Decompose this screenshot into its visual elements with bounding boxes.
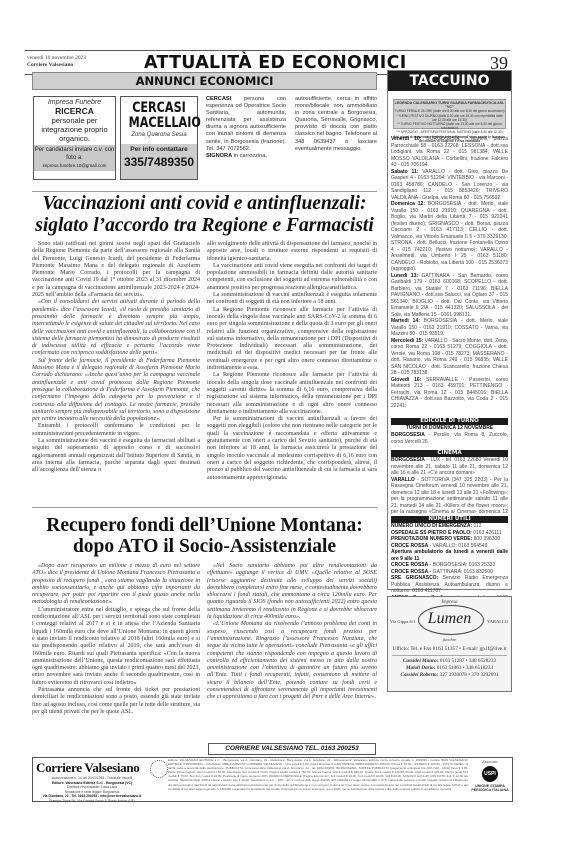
- ad-type: funebre: [388, 637, 511, 642]
- colophon-line: Stampa: Tipse Srl, Via Cantoni Santo 5, …: [36, 799, 148, 804]
- ad-email-link[interactable]: impresa.funebre.10@gmail.com: [34, 162, 115, 170]
- turn-entry: Domenica 12: BORGOSESIA - dott. Merlo, v…: [391, 201, 508, 273]
- article1-headline: Vaccinazioni anti covid e antinfluenzali…: [32, 193, 377, 237]
- turn-entry: Venerdì 10: BORGOSESIA - Martelli, piazz…: [391, 136, 508, 169]
- town: BORGOSESIA: [391, 432, 425, 438]
- quote: Sul fronte delle farmacie, il presidente…: [32, 358, 200, 422]
- section-header: NUMERI UTILI: [391, 516, 508, 523]
- ad-text: persona con esperienza od Operatrice Soc…: [206, 96, 286, 152]
- ad-zone: Zona Quarona Sesia: [121, 132, 197, 138]
- cinema-text: - SOTTORIVA (347 325 2203) - Per la Rass…: [391, 477, 508, 522]
- person-phones: 327 3930078 • 370 3292691: [438, 672, 498, 678]
- ad-headline: RICERCA: [34, 106, 115, 116]
- headline-line: Recupero fondi dell’Unione Montana:: [32, 515, 377, 536]
- headline-line: Vaccinazioni anti covid e antinfluenzali…: [32, 193, 377, 215]
- legal-text: Editore: VALSESIANO EDITRICE s.r.l. - Bo…: [168, 758, 468, 791]
- masthead-block: Corriere Valsesiano Autorizzazione n. 14…: [36, 760, 148, 803]
- numero-value: - VARALLO: 0163 564549: [428, 543, 487, 549]
- numero-label: NUMERO UNICO DI EMERGENZA:: [391, 523, 472, 529]
- ad-lead: CERCASI: [206, 96, 231, 102]
- paragraph: Entrambi i protocolli confermano le cond…: [32, 423, 200, 438]
- turn-day: Domenica 12:: [391, 201, 425, 207]
- ad-lumen-funebre: Impresa Lumen Via Gippa 6/1 VARALLO fune…: [387, 596, 512, 692]
- numero-label: CROCE ROSSA: [391, 562, 428, 568]
- ad-text: autosufficiente, cerca in affitto mono/b…: [295, 96, 377, 152]
- turn-day: Venerdì 10:: [391, 136, 421, 142]
- quote: «L’Unione Montana sta risolvendo l’annos…: [207, 621, 377, 700]
- cinema-entry: BORGOSESIA - LUX - tel. 0163 22680 Vener…: [391, 457, 508, 477]
- numero-value: 800 396300: [472, 536, 500, 542]
- paragraph: «Dopo aver recuperato un milione e mezzo…: [32, 563, 200, 607]
- contact-person: Maioli Dario: 0163 51063 • 348 6518233: [388, 665, 511, 672]
- association-label: Associato: [470, 760, 510, 764]
- colophon-text: Editore: Valsesiano Editrice S.r.l. - Bo…: [52, 781, 132, 785]
- numero-label: CROCE ROSSA: [391, 569, 428, 575]
- article1-column1: Sono stati ratificati nei giorni scorsi …: [32, 241, 200, 475]
- colophon-text: Via Giordano, 22 - Tel. 0163.200253 - in…: [43, 794, 142, 798]
- ad-kicker: Impresa Funebre: [34, 99, 115, 106]
- legend-line: * TURNO FESTIVO DIURNO (dalle 8,30 alle …: [394, 114, 505, 122]
- legend-line: TURNO FERIALE 24 ORE (dalle ore 8,30 all…: [394, 109, 505, 113]
- numero-label: PRENOTAZIONI NUMERO VERDE:: [391, 536, 472, 542]
- ad-text: in carrozzina,: [232, 153, 267, 159]
- turn-entry: Giovedì 16: SERRAVALLE - Passerini, cors…: [391, 377, 508, 410]
- numero-label: Apertura ambulatorio da lunedì a venerdì…: [391, 549, 508, 562]
- ad-oss: CERCASI persona con esperienza od Operat…: [206, 96, 286, 160]
- cinema-section: CINEMA BORGOSESIA - LUX - tel. 0163 2268…: [391, 450, 508, 522]
- turn-day: Mercoledì 15:: [391, 338, 423, 344]
- edicole-entry: BORGOSESIA - Perolio, via Roma 8, Zuccol…: [391, 432, 508, 445]
- paragraph: La Regione Piemonte riconosce alle farma…: [207, 307, 377, 373]
- turn-day: Sabato 11:: [391, 169, 418, 175]
- quote: «Con il consolidarsi dei servizi attivat…: [32, 299, 200, 356]
- turn-text: VARALLO - Sacro Monte, dott. Zeno, corso…: [391, 338, 508, 377]
- edicole-subtitle: TURNI DI DOMENICA 12 NOVEMBRE: [391, 425, 508, 432]
- ad-cercasi-macellaio: CERCASI MACELLAIO Zona Quarona Sesia Per…: [120, 96, 198, 180]
- headline-line: siglato l’accordo tra Regione e Farmacis…: [32, 215, 377, 237]
- ad-contact: Per candidarsi inviare c.v. con foto a: …: [34, 145, 115, 171]
- uspi-block: Associato USPI UNIONE STAMPA PERIODICA I…: [470, 760, 510, 793]
- ad-line2: MACELLAIO: [129, 116, 190, 131]
- paragraph: La Regione Piemonte riconosce alle farma…: [207, 372, 377, 416]
- issue-date: venerdì 10 novembre 2023: [27, 55, 86, 62]
- turn-entry: Lunedì 13: GATTINARA - San Bernardo, cor…: [391, 273, 508, 319]
- turn-text: GATTINARA - San Bernardo, corso Garibald…: [391, 273, 508, 318]
- divider: [32, 507, 377, 508]
- paragraph: «L’Unione Montana sta risolvendo l’annos…: [207, 621, 377, 701]
- edicole-section: EDICOLE DI TURNO TURNI DI DOMENICA 12 NO…: [391, 418, 508, 445]
- paragraph: Sono stati ratificati nei giorni scorsi …: [32, 241, 200, 299]
- section-header: EDICOLE DI TURNO: [391, 418, 508, 425]
- masthead-logo: Corriere Valsesiano: [36, 760, 148, 776]
- numero-value: 0163 426111: [472, 530, 502, 536]
- taccuino-header: TACCUINO: [388, 71, 511, 91]
- turn-entry: Mercoledì 15: VARALLO - Sacro Monte, dot…: [391, 338, 508, 377]
- pharmacy-legend: LEGENDA CALENDARIO TURNI GUARDIA FARMACE…: [393, 99, 506, 129]
- contact-person: Cassidei Roberto: 327 3930078 • 370 3292…: [388, 672, 511, 679]
- turn-entry: Sabato 11: VARALLO - dott. Gino, piazza …: [391, 169, 508, 202]
- turn-text: BORGOSESIA - dott. Merlo, viale Varallo …: [391, 201, 508, 272]
- paragraph: La somministrazione dei vaccini è esegui…: [32, 438, 200, 474]
- ad-people: Cassidei Mauro: 0163 51287 • 348 6528233…: [388, 658, 511, 679]
- paragraph: allo svolgimento delle attività di dispe…: [207, 241, 377, 263]
- ad-contact: Per info contattare 335/7489350: [121, 144, 197, 179]
- ad-impresa-funebre: Impresa Funebre RICERCA personale per in…: [33, 96, 116, 180]
- paragraph: L’amministratore entra nel dettaglio, e …: [32, 607, 200, 687]
- ad-city: VARALLO: [487, 619, 508, 624]
- headline-line: dopo ATO il Socio-Assistenziale: [32, 536, 377, 557]
- paragraph: Per le somministrazioni di vaccini antin…: [207, 416, 377, 482]
- section-header: CINEMA: [391, 450, 508, 457]
- article1-column2: allo svolgimento delle attività di dispe…: [207, 241, 377, 482]
- ad-phone[interactable]: 335/7489350: [121, 155, 197, 169]
- colophon-line: Via Giordano, 22 - Tel. 0163.200253 - in…: [36, 794, 148, 799]
- ad-lead: SIGNORA: [206, 153, 232, 159]
- turn-day: Martedì 14:: [391, 318, 420, 324]
- paragraph: «Con il consolidarsi dei servizi attivat…: [32, 299, 200, 357]
- contact-person: Cassidei Mauro: 0163 51287 • 348 6528233: [388, 658, 511, 665]
- turn-day: Giovedì 16:: [391, 377, 421, 383]
- article2-column1: «Dopo aver recuperato un milione e mezzo…: [32, 563, 200, 716]
- numero-label: CROCE ROSSA: [391, 543, 428, 549]
- ad-signora: autosufficiente, cerca in affitto mono/b…: [295, 96, 377, 153]
- turn-entry: Martedì 14: BORGOSESIA - dott. Merlo, vi…: [391, 318, 508, 338]
- ad-office-contact: Ufficio: Tel. e Fax 0163 51357 • E-mail:…: [392, 646, 507, 656]
- numero-value: 112: [472, 523, 481, 529]
- numero-value: - GATTINARA: 0163 832600: [428, 569, 493, 575]
- newspaper-phone-box: CORRIERE VALSESIANO TEL. 0163 200253: [208, 743, 376, 755]
- paragraph: «Nel Socio sanitario abbiamo poi altre r…: [207, 563, 377, 621]
- article2-column2: «Nel Socio sanitario abbiamo poi altre r…: [207, 563, 377, 702]
- paragraph: La somministrazione di vaccini antinflue…: [207, 292, 377, 307]
- article2-headline: Recupero fondi dell’Unione Montana: dopo…: [32, 515, 377, 557]
- ad-line1: CERCASI: [129, 101, 190, 116]
- town: VARALLO: [391, 477, 415, 483]
- legend-line: ** TURNO FESTIVO NOTTURNO (dalle ore 19,…: [394, 122, 505, 130]
- person-name: Cassidei Roberto:: [400, 672, 438, 678]
- town: BORGOSESIA: [391, 457, 425, 463]
- numero-entry: SRE GRIGNASCO: Servizio Radio Emergenza …: [391, 575, 508, 595]
- person-name: Cassidei Mauro:: [403, 658, 439, 664]
- ad-info: Per info contattare: [121, 146, 197, 154]
- ad-body: personale per integrazione proprio organ…: [34, 116, 115, 143]
- paragraph: Pietrasanta annuncia che sul fronte dei …: [32, 687, 200, 716]
- annunci-header: ANNUNCI ECONOMICI: [32, 72, 377, 90]
- quote: «Nel Socio sanitario abbiamo poi altre r…: [207, 563, 377, 620]
- seal-icon: [150, 760, 168, 778]
- paper-name: Corriere Valsesiano: [27, 62, 73, 68]
- paragraph: La vaccinazione anti covid viene eseguit…: [207, 263, 377, 292]
- person-phones: 0163 51063 • 348 6518233: [435, 665, 493, 671]
- divider: [32, 191, 377, 192]
- turn-day: Lunedì 13:: [391, 273, 418, 279]
- uspi-label: UNIONE STAMPA PERIODICA ITALIANA: [470, 784, 510, 793]
- person-name: Maioli Dario:: [406, 665, 436, 671]
- ad-cta: Per candidarsi inviare c.v. con foto a:: [34, 146, 115, 162]
- paragraph: Sul fronte delle farmacie, il presidente…: [32, 358, 200, 424]
- legend-title: LEGENDA CALENDARIO TURNI GUARDIA FARMACE…: [394, 101, 505, 109]
- pharmacy-turns: Venerdì 10: BORGOSESIA - Martelli, piazz…: [391, 136, 508, 409]
- legend-line: *** APPOGGIO - APERTURA FESTIVA AL MATTI…: [394, 130, 505, 134]
- ad-address: Via Gippa 6/1: [390, 619, 415, 624]
- numero-entry: Apertura ambulatorio da lunedì a venerdì…: [391, 549, 508, 562]
- quote: «Dopo aver recuperato un milione e mezzo…: [32, 563, 200, 605]
- numero-label: SRE GRIGNASCO:: [391, 575, 438, 581]
- uspi-logo-icon: USPI: [482, 766, 498, 782]
- numero-label: OSPEDALE SS PIETRO E PAOLO:: [391, 530, 472, 536]
- section-title: ATTUALITÀ ED ECONOMICI: [144, 52, 406, 73]
- person-phones: 0163 51287 • 348 6528233: [439, 658, 497, 664]
- numero-value: - BORGOSESIA: 0163 25333: [428, 562, 495, 568]
